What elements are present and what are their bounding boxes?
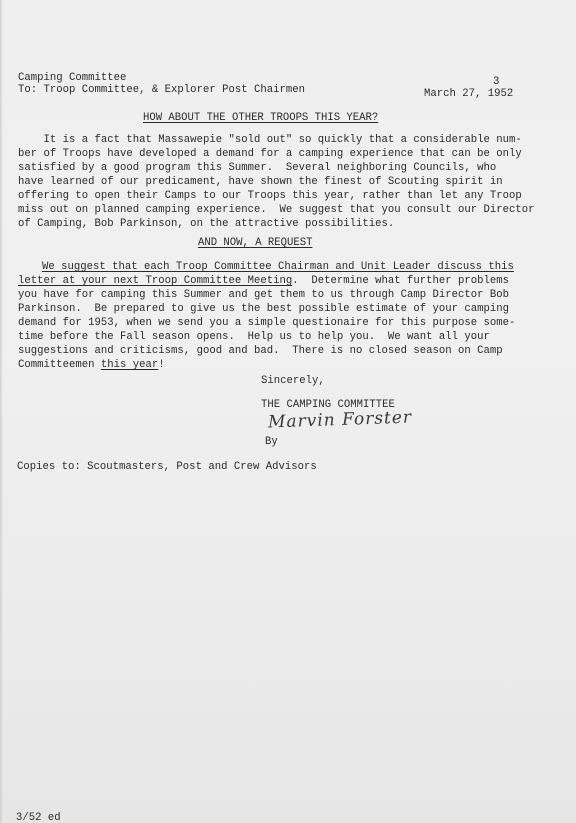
paragraph-line: miss out on planned camping experience. … <box>18 204 535 216</box>
paragraph-line: ber of Troops have developed a demand fo… <box>18 148 522 160</box>
footer-note: 3/52 ed <box>16 812 61 823</box>
signature: Marvin Forster <box>268 407 413 432</box>
page-number: 3 <box>493 76 499 88</box>
paragraph-line: satisfied by a good program this Summer.… <box>18 162 496 174</box>
paragraph-line: time before the Fall season opens. Help … <box>18 331 490 343</box>
paragraph-line: We suggest that each Troop Committee Cha… <box>42 261 514 273</box>
underlined-text: this year <box>101 359 158 371</box>
to-line: To: Troop Committee, & Explorer Post Cha… <box>18 84 305 96</box>
underlined-text: letter at your next Troop Committee Meet… <box>18 275 292 287</box>
paragraph-line: suggestions and criticisms, good and bad… <box>18 345 503 357</box>
paragraph-line: Committeemen this year! <box>18 359 165 371</box>
text: ! <box>158 359 164 371</box>
date: March 27, 1952 <box>424 88 513 100</box>
letter-page: Camping Committee To: Troop Committee, &… <box>0 0 576 823</box>
copies-line: Copies to: Scoutmasters, Post and Crew A… <box>17 461 317 473</box>
paragraph-line: of Camping, Bob Parkinson, on the attrac… <box>18 218 394 230</box>
section1-heading: HOW ABOUT THE OTHER TROOPS THIS YEAR? <box>143 112 378 124</box>
by-label: By <box>265 436 278 448</box>
salutation: Sincerely, <box>261 375 325 387</box>
paragraph-line: you have for camping this Summer and get… <box>18 289 509 301</box>
section2-heading: AND NOW, A REQUEST <box>198 237 312 249</box>
paragraph-line: offering to open their Camps to our Troo… <box>18 190 522 202</box>
paragraph-line: Parkinson. Be prepared to give us the be… <box>18 303 509 315</box>
paragraph-line: It is a fact that Massawepie "sold out" … <box>18 134 522 146</box>
paragraph-line: demand for 1953, when we send you a simp… <box>18 317 515 329</box>
text: Committeemen <box>18 359 101 371</box>
from-line: Camping Committee <box>18 72 126 84</box>
text: . Determine what further problems <box>292 275 509 287</box>
underlined-text: We suggest that each Troop Committee Cha… <box>42 261 514 273</box>
paragraph-line: have learned of our predicament, have sh… <box>18 176 503 188</box>
paragraph-line: letter at your next Troop Committee Meet… <box>18 275 509 287</box>
